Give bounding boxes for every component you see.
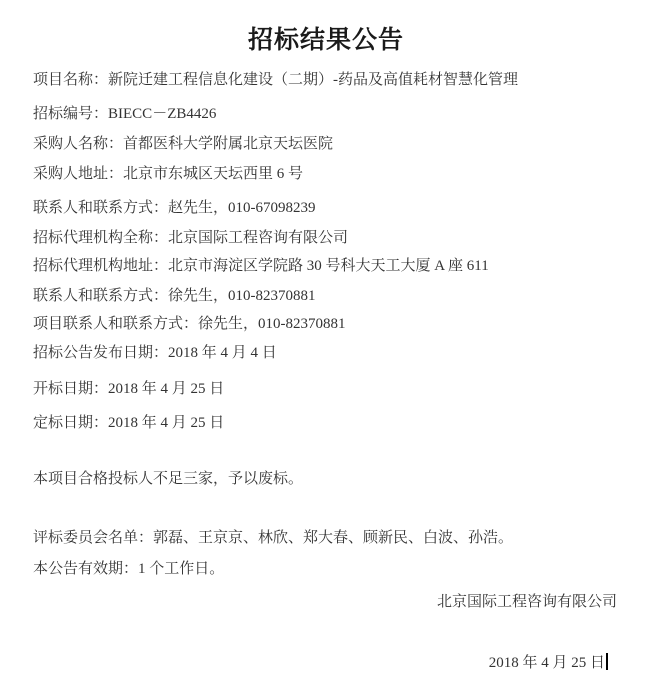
field-value: 2018 年 4 月 25 日 — [108, 415, 224, 431]
field-label: 招标代理机构全称： — [33, 230, 168, 246]
field-value: 赵先生，010-67098239 — [168, 200, 316, 216]
field-announcement-date: 招标公告发布日期：2018 年 4 月 4 日 — [0, 343, 652, 363]
field-label: 招标公告发布日期： — [33, 345, 168, 361]
field-label: 联系人和联系方式： — [33, 288, 168, 304]
field-tender-number: 招标编号：BIECC－ZB4426 — [0, 104, 652, 124]
field-award-date: 定标日期：2018 年 4 月 25 日 — [0, 413, 652, 433]
text-cursor — [606, 653, 608, 670]
field-purchaser-address: 采购人地址：北京市东城区天坛西里 6 号 — [0, 164, 652, 184]
field-value: 首都医科大学附属北京天坛医院 — [123, 136, 333, 152]
signature-company: 北京国际工程咨询有限公司 — [0, 592, 652, 612]
field-value: 徐先生，010-82370881 — [168, 288, 316, 304]
document-title: 招标结果公告 — [0, 0, 652, 58]
signature-date: 2018 年 4 月 25 日 — [0, 653, 652, 673]
field-value: 郭磊、王京京、林欣、郑大春、顾新民、白波、孙浩。 — [153, 530, 513, 546]
field-agency-name: 招标代理机构全称：北京国际工程咨询有限公司 — [0, 228, 652, 248]
field-label: 项目联系人和联系方式： — [33, 316, 198, 332]
field-purchaser-name: 采购人名称：首都医科大学附属北京天坛医院 — [0, 134, 652, 154]
field-value: 北京市东城区天坛西里 6 号 — [123, 166, 303, 182]
field-label: 联系人和联系方式： — [33, 200, 168, 216]
field-agency-address: 招标代理机构地址：北京市海淀区学院路 30 号科大天工大厦 A 座 611 — [0, 256, 652, 276]
field-value: BIECC－ZB4426 — [108, 106, 216, 122]
field-validity-period: 本公告有效期：1 个工作日。 — [0, 559, 652, 579]
field-purchaser-contact: 联系人和联系方式：赵先生，010-67098239 — [0, 198, 652, 218]
field-label: 采购人地址： — [33, 166, 123, 182]
notice-text: 本项目合格投标人不足三家，予以废标。 — [33, 471, 303, 487]
field-value: 2018 年 4 月 25 日 — [108, 381, 224, 397]
field-project-contact: 项目联系人和联系方式：徐先生，010-82370881 — [0, 314, 652, 334]
field-project-name: 项目名称：新院迁建工程信息化建设（二期）-药品及高值耗材智慧化管理 — [0, 70, 652, 90]
field-evaluation-committee: 评标委员会名单：郭磊、王京京、林欣、郑大春、顾新民、白波、孙浩。 — [0, 528, 652, 548]
field-label: 开标日期： — [33, 381, 108, 397]
field-value: 北京市海淀区学院路 30 号科大天工大厦 A 座 611 — [168, 258, 489, 274]
document-page[interactable]: 招标结果公告 项目名称：新院迁建工程信息化建设（二期）-药品及高值耗材智慧化管理… — [0, 0, 652, 700]
field-agency-contact: 联系人和联系方式：徐先生，010-82370881 — [0, 286, 652, 306]
field-value: 2018 年 4 月 4 日 — [168, 345, 277, 361]
field-bid-opening-date: 开标日期：2018 年 4 月 25 日 — [0, 379, 652, 399]
field-value: 北京国际工程咨询有限公司 — [168, 230, 348, 246]
field-value: 新院迁建工程信息化建设（二期）-药品及高值耗材智慧化管理 — [108, 72, 518, 88]
field-value: 徐先生，010-82370881 — [198, 316, 346, 332]
field-label: 采购人名称： — [33, 136, 123, 152]
field-label: 定标日期： — [33, 415, 108, 431]
invalidation-notice: 本项目合格投标人不足三家，予以废标。 — [0, 469, 652, 489]
field-label: 招标代理机构地址： — [33, 258, 168, 274]
field-label: 评标委员会名单： — [33, 530, 153, 546]
signature-company-text: 北京国际工程咨询有限公司 — [437, 594, 617, 610]
field-label: 项目名称： — [33, 72, 108, 88]
field-label: 招标编号： — [33, 106, 108, 122]
field-label: 本公告有效期： — [33, 561, 138, 577]
field-value: 1 个工作日。 — [138, 561, 224, 577]
signature-date-text: 2018 年 4 月 25 日 — [489, 655, 605, 671]
